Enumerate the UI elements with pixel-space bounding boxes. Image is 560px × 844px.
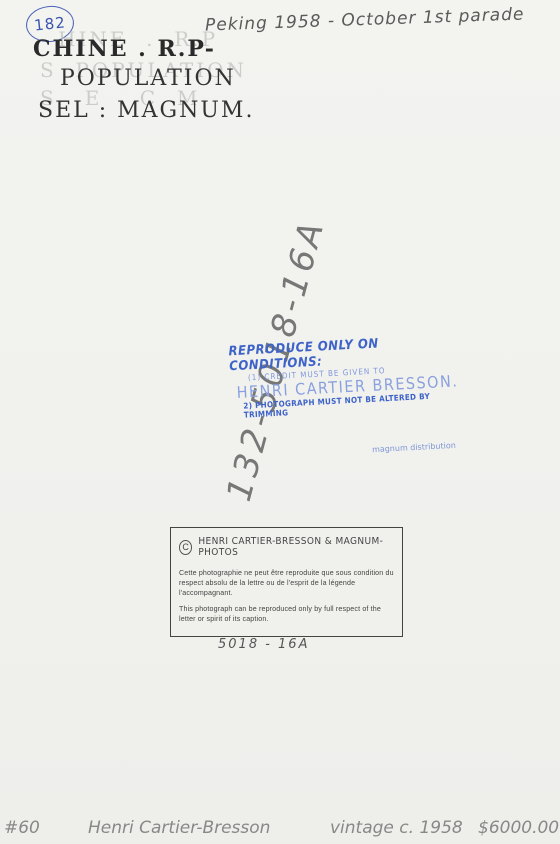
caption-line-3: SEL : MAGNUM. [38,98,254,123]
handwritten-reference-number: 5018 - 16A [218,637,309,652]
artist-name: Henri Cartier-Bresson [88,818,270,838]
caption-line-2: POPULATION [60,66,236,91]
price-note: $6000.00 [478,818,559,838]
reproduction-conditions-stamp: REPRODUCE ONLY ON CONDITIONS: (1) CREDIT… [228,332,472,420]
copyright-icon: C [179,540,192,555]
caption-line-1: CHINE . R.P- [33,36,216,62]
copyright-title: HENRI CARTIER-BRESSON & MAGNUM-PHOTOS [198,536,394,558]
copyright-text-french: Cette photographie ne peut être reprodui… [179,568,394,598]
lot-number: #60 [4,818,40,838]
copyright-box: C HENRI CARTIER-BRESSON & MAGNUM-PHOTOS … [170,527,403,637]
copyright-text-english: This photograph can be reproduced only b… [179,604,394,624]
vintage-note: vintage c. 1958 [330,818,463,838]
